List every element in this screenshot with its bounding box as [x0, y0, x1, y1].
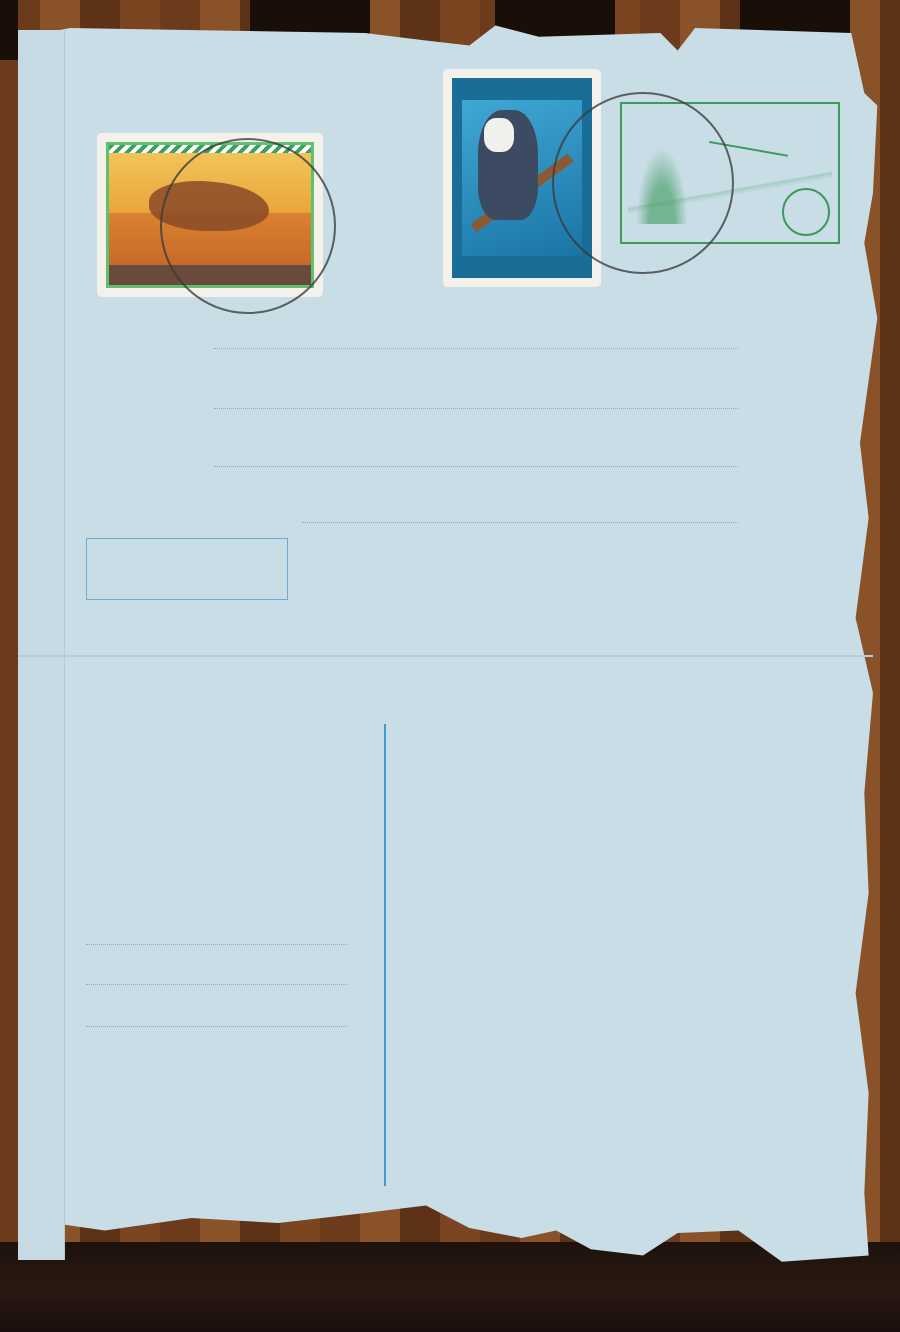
indicium-value	[782, 188, 830, 236]
folded-flap	[18, 30, 65, 1260]
airmail-label	[86, 538, 288, 600]
address-line	[214, 466, 738, 467]
address-line	[214, 348, 738, 349]
stamp-country-top	[452, 78, 592, 100]
address-line	[214, 408, 738, 409]
notice-fr	[420, 716, 830, 730]
slat-gap	[0, 0, 18, 60]
aerogramme-face	[64, 30, 864, 1260]
sender-line	[86, 1026, 348, 1027]
postmark	[552, 92, 734, 274]
address-line	[302, 522, 738, 523]
stamp-country-bottom	[452, 256, 592, 278]
sender-line	[86, 944, 348, 945]
sender-line	[86, 984, 348, 985]
section-divider	[384, 724, 386, 1186]
postmark	[160, 138, 336, 314]
